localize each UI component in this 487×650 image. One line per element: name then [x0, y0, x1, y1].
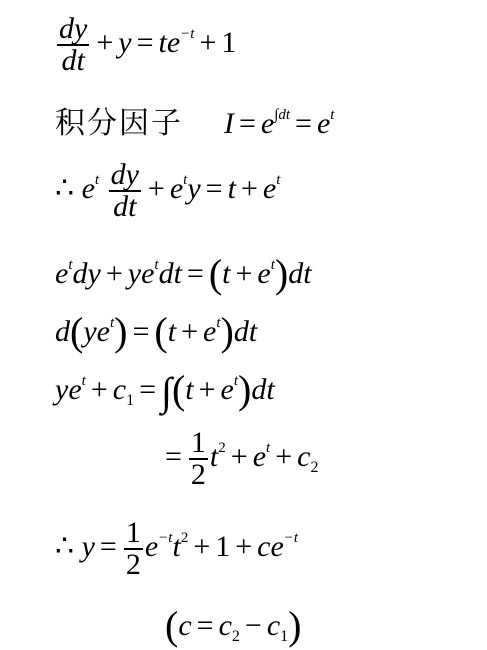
- equation-line-7: = 12 t2+et+c2: [165, 428, 318, 490]
- equation-line-4: etdy+yetdt=(t+et)dt: [55, 254, 312, 294]
- equation-line-5: d(yet)=(t+et)dt: [55, 312, 257, 352]
- fraction-dy-dt: dydt: [57, 14, 89, 76]
- equation-line-9: (c=c2−c1): [165, 606, 301, 646]
- equation-line-1: dydt +y=te−t+1: [55, 14, 236, 76]
- therefore-symbol: ∴: [55, 530, 74, 563]
- equation-line-3: ∴ et dydt +ety=t+et: [55, 160, 280, 222]
- fraction-one-half: 12: [124, 518, 143, 580]
- equation-line-6: yet+c1=∫(t+et)dt: [55, 370, 275, 412]
- equation-line-8: ∴ y= 12 e−tt2+1+ce−t: [55, 518, 298, 580]
- equation-line-2: 积分因子 I=e∫dt=et: [55, 108, 334, 139]
- fraction-one-half: 12: [189, 428, 208, 490]
- fraction-dy-dt: dydt: [109, 160, 141, 222]
- integrating-factor-label: 积分因子: [55, 106, 183, 141]
- integral-symbol: ∫: [161, 369, 172, 414]
- therefore-symbol: ∴: [55, 172, 74, 205]
